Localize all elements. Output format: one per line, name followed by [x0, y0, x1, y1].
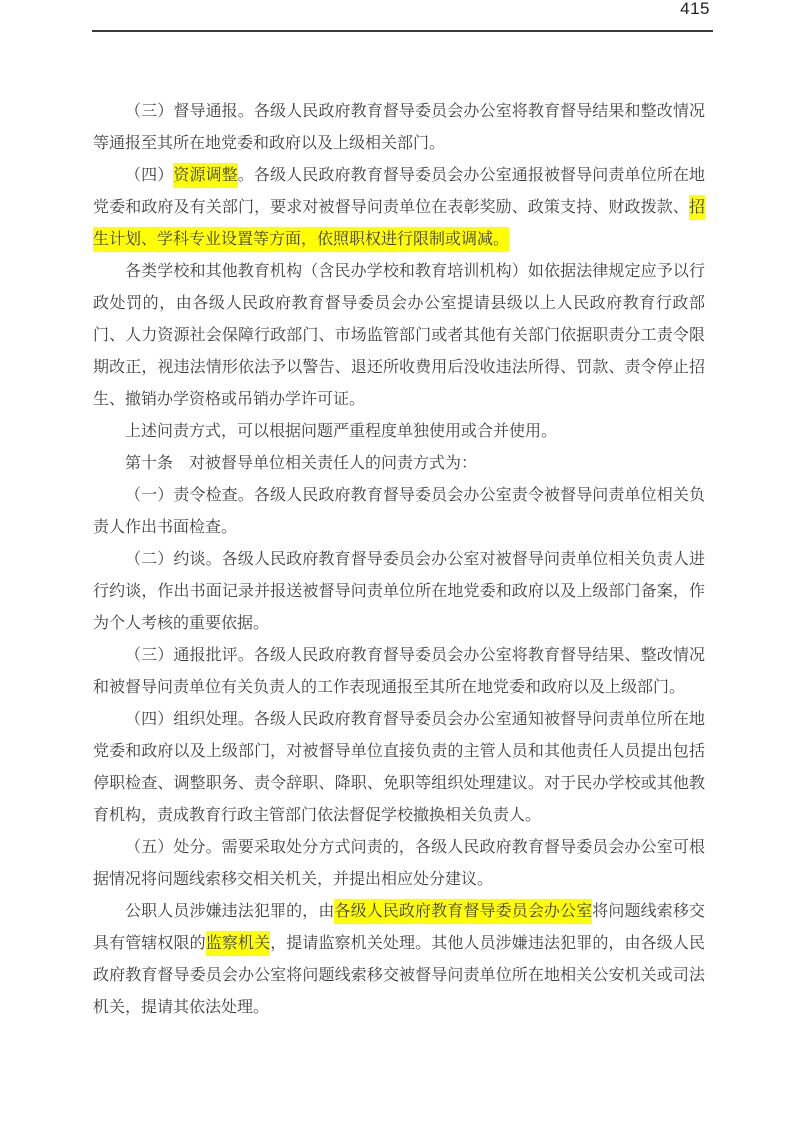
header-rule [92, 30, 713, 32]
paragraph: （四）资源调整。各级人民政府教育督导委员会办公室通报被督导问责单位所在地党委和政… [93, 160, 705, 256]
page-number: 415 [680, 0, 710, 18]
paragraph: （三）通报批评。各级人民政府教育督导委员会办公室将教育督导结果、整改情况和被督导… [93, 640, 705, 704]
text-run: 第十条 对被督导单位相关责任人的问责方式为： [125, 455, 477, 472]
paragraph: 上述问责方式，可以根据问题严重程度单独使用或合并使用。 [93, 416, 705, 448]
text-run: （五）处分。需要采取处分方式问责的，各级人民政府教育督导委员会办公室可根据情况将… [93, 839, 705, 888]
text-run: 上述问责方式，可以根据问题严重程度单独使用或合并使用。 [125, 423, 557, 440]
paragraph: 第十条 对被督导单位相关责任人的问责方式为： [93, 448, 705, 480]
text-run: （四） [125, 167, 173, 184]
text-run: 各类学校和其他教育机构（含民办学校和教育培训机构）如依据法律规定应予以行政处罚的… [93, 263, 705, 408]
highlighted-text: 资源调整 [173, 163, 237, 188]
paragraph: （一）责令检查。各级人民政府教育督导委员会办公室责令被督导问责单位相关负责人作出… [93, 480, 705, 544]
page-body: （三）督导通报。各级人民政府教育督导委员会办公室将教育督导结果和整改情况等通报至… [93, 96, 705, 1024]
paragraph: （五）处分。需要采取处分方式问责的，各级人民政府教育督导委员会办公室可根据情况将… [93, 832, 705, 896]
text-run: （三）通报批评。各级人民政府教育督导委员会办公室将教育督导结果、整改情况和被督导… [93, 647, 705, 696]
text-run: （二）约谈。各级人民政府教育督导委员会办公室对被督导问责单位相关负责人进行约谈，… [93, 551, 705, 632]
paragraph: 公职人员涉嫌违法犯罪的，由各级人民政府教育督导委员会办公室将问题线索移交具有管辖… [93, 896, 705, 1024]
text-run: （四）组织处理。各级人民政府教育督导委员会办公室通知被督导问责单位所在地党委和政… [93, 711, 705, 824]
text-run: （一）责令检查。各级人民政府教育督导委员会办公室责令被督导问责单位相关负责人作出… [93, 487, 705, 536]
paragraph: （三）督导通报。各级人民政府教育督导委员会办公室将教育督导结果和整改情况等通报至… [93, 96, 705, 160]
highlighted-text: 监察机关 [206, 931, 270, 956]
text-run: 公职人员涉嫌违法犯罪的，由 [125, 903, 334, 920]
paragraph: 各类学校和其他教育机构（含民办学校和教育培训机构）如依据法律规定应予以行政处罚的… [93, 256, 705, 416]
text-run: （三）督导通报。各级人民政府教育督导委员会办公室将教育督导结果和整改情况等通报至… [93, 103, 705, 152]
paragraph: （四）组织处理。各级人民政府教育督导委员会办公室通知被督导问责单位所在地党委和政… [93, 704, 705, 832]
paragraph: （二）约谈。各级人民政府教育督导委员会办公室对被督导问责单位相关负责人进行约谈，… [93, 544, 705, 640]
highlighted-text: 各级人民政府教育督导委员会办公室 [334, 899, 592, 924]
